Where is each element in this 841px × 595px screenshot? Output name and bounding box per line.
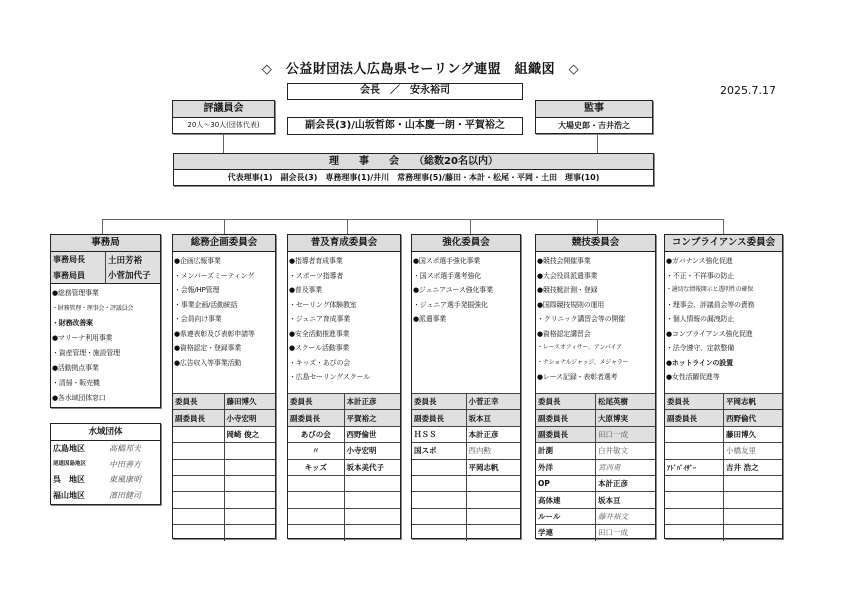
member-role: 〃 [288,443,344,459]
duty-item: ・レースオフィサー、アンパイア [537,341,654,356]
staff-name: 小菅加代子 [106,267,161,283]
member-role [288,475,344,491]
member-role: ＨＳＳ [412,426,466,442]
member-name [224,508,275,524]
member-name: 本計正彦 [344,394,400,410]
connector-line [347,219,348,234]
duty-item: ・ジュニア選手発掘強化 [413,298,519,313]
duty-item: ・広島セーリングスクール [289,370,399,385]
member-row: OP本計正彦 [536,475,655,491]
duty-item [413,356,519,371]
member-role: 副委員長 [536,426,596,442]
duty-item: ・ジュニア育成事業 [289,312,399,327]
duty-item: ●競技会開催事業 [537,254,654,269]
area-label: 広島地区 [51,441,105,457]
duty-item: ●スクール活動事業 [289,341,399,356]
member-row: 国スポ西内勲 [412,443,520,459]
member-role [288,508,344,524]
member-row: 小橋友里 [665,443,782,459]
member-name: 岡崎 俊之 [224,426,275,442]
water-groups-title: 水域団体 [51,424,160,441]
member-row: 委員長小菅正幸 [412,394,520,410]
member-row: キッズ坂本美代子 [288,459,400,475]
duty-item: ●派遣事業 [413,312,519,327]
duty-item: ・会員向け事業 [174,312,274,327]
member-row [173,525,275,541]
water-group-row: 尾道因島地区中田善方 [51,457,160,473]
member-role [412,459,466,475]
member-name [466,492,520,508]
member-row: 委員長平岡志帆 [665,394,782,410]
member-name [724,525,783,541]
water-group-row: 広島地区高橋邦夫 [51,441,160,457]
member-role: 副委員長 [288,410,344,426]
duty-item: ・事業企画/活動統括 [174,298,274,313]
member-role: ｱﾄﾞﾊﾞｲｻﾞｰ [665,459,724,475]
secretariat-item: ●各水域団体窓口 [52,391,159,406]
member-row: 副委員長西野倫代 [665,410,782,426]
member-row [173,492,275,508]
duty-item: ・不正・不祥事の防止 [666,269,781,284]
committee-duties: ●企画広報事業・メンバーズミーティング・会報/HP管理・事業企画/活動統括・会員… [173,252,275,393]
member-role: 委員長 [173,394,224,410]
secretariat-item: ・清掃・販売機 [52,376,159,391]
member-role [665,508,724,524]
board-box: 理 事 会 （総数20名以内） 代表理事(1) 副会長(3) 専務理事(1)/井… [173,153,654,186]
member-name: 田口一成 [596,525,656,541]
auditors-detail: 大場史郎・吉井浩之 [536,118,652,133]
committee-title: 総務企画委員会 [173,235,275,252]
duty-item [413,341,519,356]
member-table: 委員長松尾英樹副委員長大原博実副委員長田口一成計測白井敏文外洋宮西勇OP本計正彦… [536,393,655,541]
duty-item: ●コンプライアンス強化促進 [666,327,781,342]
duty-item: ●ジュニアユース強化事業 [413,283,519,298]
area-label: 呉 地区 [51,472,105,488]
duty-item: ●広告収入等事業活動 [174,356,274,371]
duty-item: ・適切な情報開示と透明性の確保 [666,283,781,298]
committee-strengthening: 強化委員会●国スポ選手強化事業・国スポ選手選考強化●ジュニアユース強化事業・ジュ… [411,234,521,539]
member-row [665,492,782,508]
member-name: 小寺宏明 [224,410,275,426]
duty-item: ・会報/HP管理 [174,283,274,298]
member-name [724,492,783,508]
board-detail: 代表理事(1) 副会長(3) 専務理事(1)/井川 常務理事(5)/藤田・本計・… [174,170,653,186]
member-row: ｱﾄﾞﾊﾞｲｻﾞｰ吉井 浩之 [665,459,782,475]
committee-duties: ●国スポ選手強化事業・国スポ選手選考強化●ジュニアユース強化事業・ジュニア選手発… [412,252,520,393]
area-label: 尾道因島地区 [51,457,105,473]
member-name [724,508,783,524]
member-row [288,475,400,491]
member-row [288,492,400,508]
member-row: 委員長松尾英樹 [536,394,655,410]
duty-item: ●資格認定・登録事業 [174,341,274,356]
member-row [412,492,520,508]
committee-title: 競技委員会 [536,235,655,252]
member-name [224,475,275,491]
member-role: OP [536,475,596,491]
member-role [665,443,724,459]
date-label: 2025.7.17 [720,84,776,97]
member-name: 坂本亘 [466,410,520,426]
member-role [665,492,724,508]
president-box: 会長 ／ 安永裕司 [287,83,523,100]
member-role: キッズ [288,459,344,475]
member-name [724,475,783,491]
duty-item: ●普及事業 [289,283,399,298]
member-row [412,508,520,524]
secretariat-item: ●総務管理事業 [52,286,159,301]
member-row: 計測白井敏文 [536,443,655,459]
member-row: ルール藤井裕文 [536,508,655,524]
member-row: 藤田博久 [665,426,782,442]
secretariat-item: ・財務改善案 [52,316,159,331]
member-role [665,426,724,442]
member-role: 委員長 [536,394,596,410]
committee-title: 普及育成委員会 [288,235,400,252]
member-role: 外洋 [536,459,596,475]
member-role: 副委員長 [173,410,224,426]
board-title: 理 事 会 （総数20名以内） [174,154,653,170]
councilors-box: 評議員会 20人～30人(団体代表) [172,100,275,134]
duty-item: ●国スポ選手強化事業 [413,254,519,269]
member-name: 大原博実 [596,410,656,426]
member-row: 学連田口一成 [536,525,655,541]
member-role [665,475,724,491]
member-role: 副委員長 [412,410,466,426]
connector-line [102,219,103,234]
representative-name: 高橋邦夫 [105,441,141,457]
member-name: 本計正彦 [466,426,520,442]
connector-line [597,134,598,153]
member-role [173,508,224,524]
member-role: 国スポ [412,443,466,459]
area-label: 福山地区 [51,488,105,504]
member-name: 小橋友里 [724,443,783,459]
chart-title: ◇ 公益財団法人広島県セーリング連盟 組織図 ◇ [0,58,841,77]
secretariat-item: ●活動拠点事業 [52,361,159,376]
member-name: 小寺宏明 [344,443,400,459]
water-group-row: 呉 地区東風康明 [51,472,160,488]
member-name: 藤井裕文 [596,508,656,524]
member-table: 委員長平岡志帆副委員長西野倫代藤田博久小橋友里ｱﾄﾞﾊﾞｲｻﾞｰ吉井 浩之 [665,393,782,541]
water-group-row: 福山地区濱田健司 [51,488,160,504]
member-role: 委員長 [288,394,344,410]
member-name [224,492,275,508]
member-role: 計測 [536,443,596,459]
duty-item: ・理事会、評議員会等の責務 [666,298,781,313]
member-row [173,459,275,475]
member-role [665,525,724,541]
member-role [173,475,224,491]
member-role [173,443,224,459]
water-groups-list: 広島地区高橋邦夫尾道因島地区中田善方呉 地区東風康明福山地区濱田健司 [51,441,160,503]
member-row [173,475,275,491]
committee-title: 強化委員会 [412,235,520,252]
connector-line [224,219,225,234]
member-name [224,525,275,541]
member-name: 西内勲 [466,443,520,459]
secretariat-item: ●マリーナ利用事業 [52,331,159,346]
member-name: 田口一成 [596,426,656,442]
member-row: 副委員長大原博実 [536,410,655,426]
councilors-title: 評議員会 [173,101,274,118]
member-row: あびの会西野倫世 [288,426,400,442]
member-row [173,508,275,524]
duty-item: ・法令遵守、定款整備 [666,341,781,356]
duty-item: ●県連表彰及び表彰申請等 [174,327,274,342]
duty-item: ●女性活躍促進等 [666,370,781,385]
duty-item: ・クリニック講習会等の開催 [537,312,654,327]
secretariat-items: ●総務管理事業・財務管理・理事会・評議員会・財務改善案●マリーナ利用事業・資産管… [51,284,160,408]
member-row: 岡崎 俊之 [173,426,275,442]
member-row [412,525,520,541]
secretariat-staff: 事務局長土田芳裕 事務局員小菅加代子 [51,252,160,284]
connector-line [597,219,598,234]
staff-role: 事務局長 [51,252,106,267]
member-role [412,508,466,524]
duty-item: ●安全活動推進事業 [289,327,399,342]
member-role: 副委員長 [536,410,596,426]
member-name: 西野倫代 [724,410,783,426]
connector-line [102,219,724,220]
member-role: 委員長 [665,394,724,410]
member-name [466,525,520,541]
member-role: 委員長 [412,394,466,410]
member-row: ＨＳＳ本計正彦 [412,426,520,442]
member-row: 〃小寺宏明 [288,443,400,459]
member-row: 高体連坂本亘 [536,492,655,508]
member-row [665,508,782,524]
duty-item: ●ホットラインの設置 [666,356,781,371]
duty-item: ・セーリング体験教室 [289,298,399,313]
member-table: 委員長藤田博久副委員長小寺宏明岡崎 俊之 [173,393,275,541]
member-role [412,492,466,508]
secretariat-title: 事務局 [51,235,160,252]
member-row [288,525,400,541]
member-name: 宮西勇 [596,459,656,475]
member-role [288,492,344,508]
member-row: 副委員長田口一成 [536,426,655,442]
member-row [412,475,520,491]
member-name [466,475,520,491]
member-name: 平岡志帆 [724,394,783,410]
connector-line [723,219,724,234]
auditors-box: 監事 大場史郎・吉井浩之 [535,100,653,134]
duty-item: ●競技艇計測・登録 [537,283,654,298]
duty-item: ●資格認定講習会 [537,327,654,342]
member-role: 学連 [536,525,596,541]
member-name: 坂本美代子 [344,459,400,475]
member-name [224,443,275,459]
secretariat-box: 事務局 事務局長土田芳裕 事務局員小菅加代子 ●総務管理事業・財務管理・理事会・… [50,234,161,408]
duty-item: ・ナショナルジャッジ、メジャラー [537,356,654,371]
member-role: ルール [536,508,596,524]
member-row: 副委員長小寺宏明 [173,410,275,426]
committee-duties: ●指導者育成事業・スポーツ指導者●普及事業・セーリング体験教室・ジュニア育成事業… [288,252,400,393]
committee-compliance: コンプライアンス委員会●ガバナンス強化促進・不正・不祥事の防止・適切な情報開示と… [664,234,783,539]
member-row: 委員長藤田博久 [173,394,275,410]
committee-duties: ●競技会開催事業●大会役員派遣事業●競技艇計測・登録●国際競技規則の運用・クリニ… [536,252,655,393]
member-role: あびの会 [288,426,344,442]
duty-item: ●ガバナンス強化促進 [666,254,781,269]
staff-role: 事務局員 [51,267,106,283]
member-role [412,475,466,491]
member-name: 藤田博久 [224,394,275,410]
member-row: 委員長本計正彦 [288,394,400,410]
member-name: 本計正彦 [596,475,656,491]
member-name: 平賀裕之 [344,410,400,426]
auditors-title: 監事 [536,101,652,118]
duty-item: ・スポーツ指導者 [289,269,399,284]
member-name [344,492,400,508]
member-row: 外洋宮西勇 [536,459,655,475]
duty-item: ・メンバーズミーティング [174,269,274,284]
secretariat-item: ・財務管理・理事会・評議員会 [52,301,159,316]
representative-name: 中田善方 [105,457,141,473]
committee-duties: ●ガバナンス強化促進・不正・不祥事の防止・適切な情報開示と透明性の確保・理事会、… [665,252,782,393]
water-groups-box: 水域団体 広島地区高橋邦夫尾道因島地区中田善方呉 地区東風康明福山地区濱田健司 [50,423,161,505]
member-role [288,525,344,541]
member-row [665,475,782,491]
member-role: 副委員長 [665,410,724,426]
duty-item: ●指導者育成事業 [289,254,399,269]
member-row [665,525,782,541]
committee-promotion: 普及育成委員会●指導者育成事業・スポーツ指導者●普及事業・セーリング体験教室・ジ… [287,234,401,539]
connector-line [223,134,224,153]
member-table: 委員長本計正彦副委員長平賀裕之あびの会西野倫世〃小寺宏明キッズ坂本美代子 [288,393,400,541]
duty-item [174,370,274,385]
member-row [288,508,400,524]
member-role [173,426,224,442]
member-role [412,525,466,541]
representative-name: 濱田健司 [105,488,141,504]
duty-item: ●大会役員派遣事業 [537,269,654,284]
member-name: 坂本亘 [596,492,656,508]
member-row: 平岡志帆 [412,459,520,475]
committee-title: コンプライアンス委員会 [665,235,782,252]
member-row: 副委員長平賀裕之 [288,410,400,426]
member-name: 平岡志帆 [466,459,520,475]
member-role [173,459,224,475]
member-name: 藤田博久 [724,426,783,442]
duty-item: ●企画広報事業 [174,254,274,269]
member-role [173,492,224,508]
duty-item: ・個人情報の漏洩防止 [666,312,781,327]
member-row: 副委員長坂本亘 [412,410,520,426]
member-name [344,525,400,541]
duty-item [413,327,519,342]
representative-name: 東風康明 [105,472,141,488]
member-name [344,475,400,491]
connector-line [470,219,471,234]
member-name: 吉井 浩之 [724,459,783,475]
staff-name: 土田芳裕 [106,252,161,267]
duty-item: ・国スポ選手選考強化 [413,269,519,284]
member-name [344,508,400,524]
member-name: 西野倫世 [344,426,400,442]
member-role [173,525,224,541]
councilors-detail: 20人～30人(団体代表) [173,118,274,133]
member-row [173,443,275,459]
member-name [224,459,275,475]
committee-general-affairs: 総務企画委員会●企画広報事業・メンバーズミーティング・会報/HP管理・事業企画/… [172,234,276,539]
member-name: 松尾英樹 [596,394,656,410]
duty-item: ●レース記録・表彰者選考 [537,370,654,385]
member-name: 小菅正幸 [466,394,520,410]
member-name: 白井敏文 [596,443,656,459]
duty-item: ・キッズ・あびの会 [289,356,399,371]
secretariat-item: ・資産管理・施設管理 [52,346,159,361]
duty-item: ●国際競技規則の運用 [537,298,654,313]
committee-racing: 競技委員会●競技会開催事業●大会役員派遣事業●競技艇計測・登録●国際競技規則の運… [535,234,656,539]
member-role: 高体連 [536,492,596,508]
duty-item [413,370,519,385]
vice-presidents-box: 副会長(3)/山坂哲郎・山本慶一朗・平賀裕之 [287,117,523,135]
member-table: 委員長小菅正幸副委員長坂本亘ＨＳＳ本計正彦国スポ西内勲平岡志帆 [412,393,520,541]
member-name [466,508,520,524]
